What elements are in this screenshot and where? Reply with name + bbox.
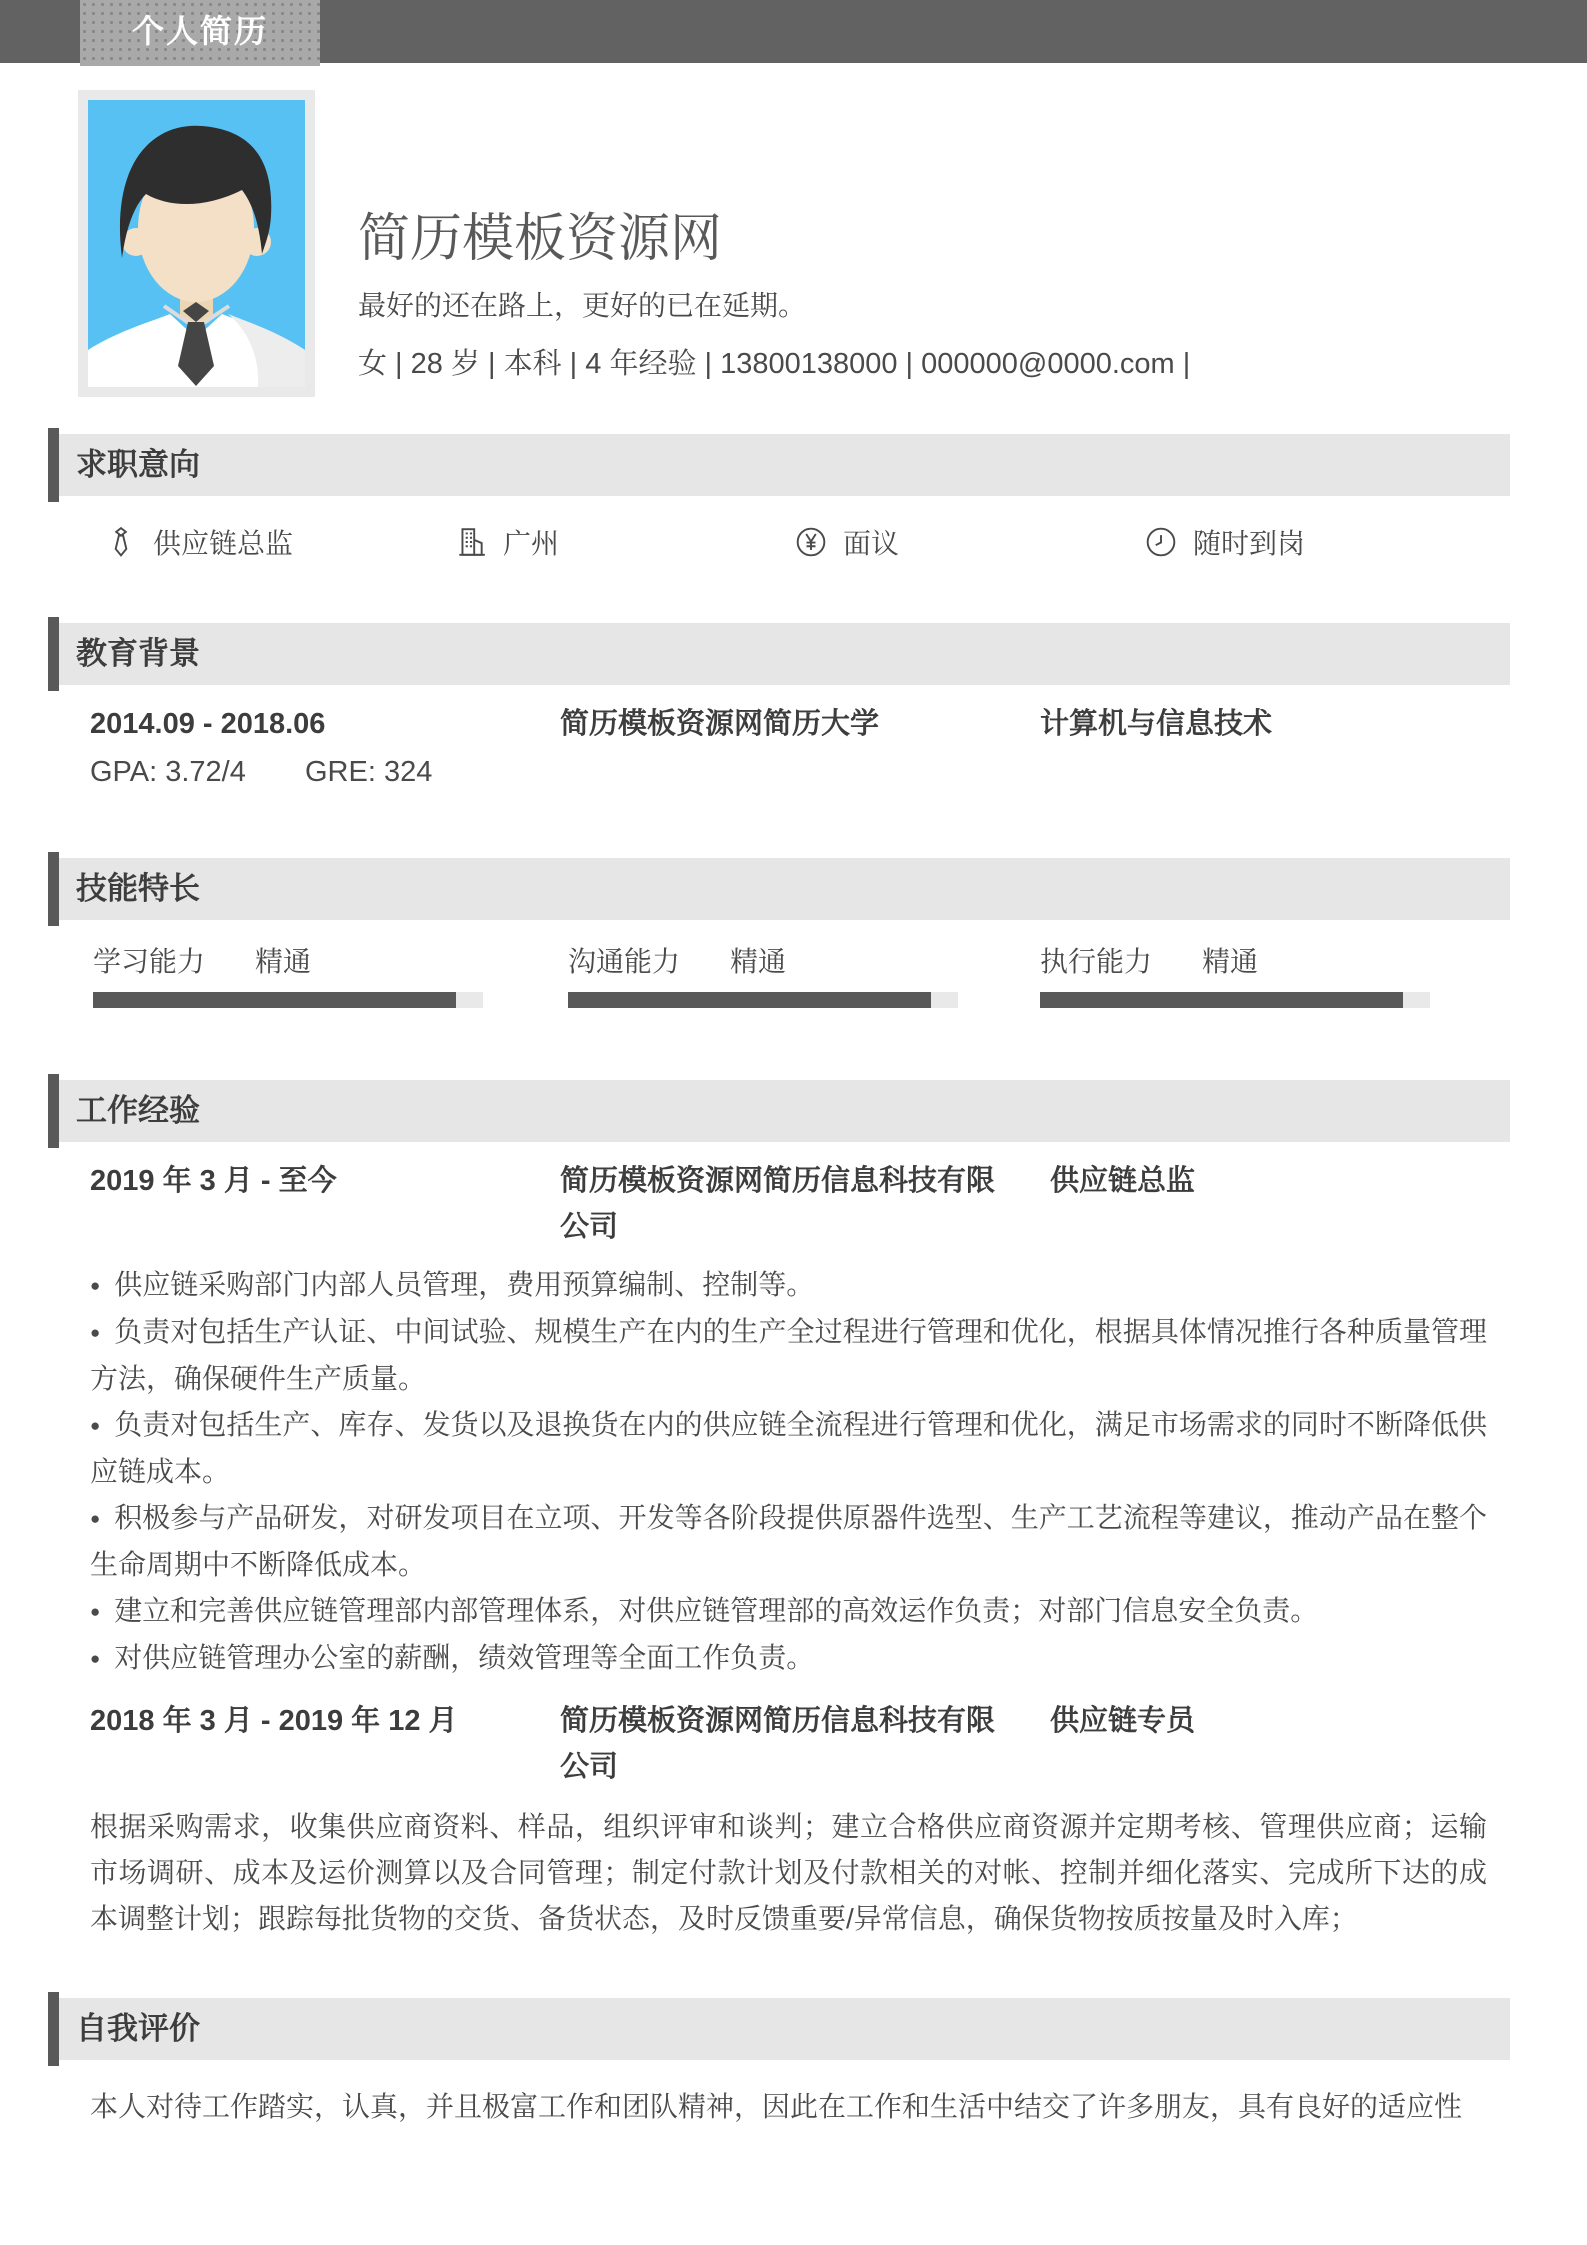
bullet-text: 供应链采购部门内部人员管理，费用预算编制、控制等。	[114, 1269, 814, 1300]
bullet-icon: ●	[90, 1649, 100, 1668]
job-heading: 2018 年 3 月 - 2019 年 12 月 简历模板资源网简历信息科技有限…	[0, 1698, 1587, 1794]
education-gre: GRE: 324	[305, 751, 432, 793]
intention-items: 供应链总监 广州 面议 随时到岗	[0, 496, 1587, 623]
section-header-experience: 工作经验	[48, 1080, 1510, 1142]
bullet-text: 负责对包括生产认证、中间试验、规模生产在内的生产全过程进行管理和优化，根据具体情…	[90, 1316, 1487, 1394]
bullet-icon: ●	[90, 1602, 100, 1621]
bullet-icon: ●	[90, 1276, 100, 1295]
skill-bar-track	[93, 992, 483, 1008]
skill-labels: 沟通能力 精通	[568, 940, 958, 992]
job-period: 2019 年 3 月 - 至今	[90, 1158, 337, 1204]
top-bar: 个人简历	[0, 0, 1587, 63]
skill-item: 学习能力 精通	[93, 940, 483, 1008]
list-item: ●负责对包括生产、库存、发货以及退换货在内的供应链全流程进行管理和优化，满足市场…	[90, 1402, 1487, 1495]
profile-header: 简历模板资源网 最好的还在路上，更好的已在延期。 女 | 28 岁 | 本科 |…	[0, 63, 1587, 434]
section-header-education: 教育背景	[48, 623, 1510, 685]
self-evaluation-body: 本人对待工作踏实，认真，并且极富工作和团队精神，因此在工作和生活中结交了许多朋友…	[0, 2060, 1587, 2130]
skill-name: 沟通能力	[568, 946, 680, 977]
section-accent-bar	[48, 1074, 59, 1148]
section-header-skills: 技能特长	[48, 858, 1510, 920]
skill-bar-track	[1040, 992, 1430, 1008]
section-accent-bar	[48, 852, 59, 926]
self-evaluation-text: 本人对待工作踏实，认真，并且极富工作和团队精神，因此在工作和生活中结交了许多朋友…	[90, 2084, 1487, 2130]
job-company: 简历模板资源网简历信息科技有限公司	[560, 1158, 1020, 1250]
bullet-icon: ●	[90, 1323, 100, 1342]
list-item: ●对供应链管理办公室的薪酬，绩效管理等全面工作负责。	[90, 1635, 1487, 1682]
bullet-icon: ●	[90, 1416, 100, 1435]
bullet-text: 积极参与产品研发，对研发项目在立项、开发等各阶段提供原器件选型、生产工艺流程等建…	[90, 1502, 1487, 1580]
avatar	[78, 90, 315, 397]
tie-icon	[105, 526, 137, 558]
bullet-text: 建立和完善供应链管理部内部管理体系，对供应链管理部的高效运作负责；对部门信息安全…	[114, 1595, 1318, 1626]
section-accent-bar	[48, 1992, 59, 2066]
intention-item-availability: 随时到岗	[1145, 522, 1305, 562]
skill-bar-fill	[1040, 992, 1403, 1008]
experience-body: 2019 年 3 月 - 至今 简历模板资源网简历信息科技有限公司 供应链总监 …	[0, 1158, 1587, 1998]
job-description: 根据采购需求，收集供应商资料、样品，组织评审和谈判；建立合格供应商资源并定期考核…	[90, 1804, 1487, 1942]
list-item: ●负责对包括生产认证、中间试验、规模生产在内的生产全过程进行管理和优化，根据具体…	[90, 1309, 1487, 1402]
skill-bar-fill	[568, 992, 931, 1008]
intention-item-city: 广州	[455, 522, 559, 562]
skill-labels: 学习能力 精通	[93, 940, 483, 992]
candidate-motto: 最好的还在路上，更好的已在延期。	[358, 289, 806, 323]
list-item: ●建立和完善供应链管理部内部管理体系，对供应链管理部的高效运作负责；对部门信息安…	[90, 1588, 1487, 1635]
skill-bar-track	[568, 992, 958, 1008]
skill-level: 精通	[255, 940, 311, 980]
job-heading: 2019 年 3 月 - 至今 简历模板资源网简历信息科技有限公司 供应链总监	[0, 1158, 1587, 1254]
intention-label: 供应链总监	[153, 522, 293, 562]
salary-icon	[795, 526, 827, 558]
job-bullet-list: ●供应链采购部门内部人员管理，费用预算编制、控制等。●负责对包括生产认证、中间试…	[90, 1262, 1487, 1682]
skill-name: 执行能力	[1040, 946, 1152, 977]
avatar-illustration	[88, 100, 305, 387]
skill-item: 沟通能力 精通	[568, 940, 958, 1008]
skill-level: 精通	[1202, 940, 1258, 980]
list-item: ●供应链采购部门内部人员管理，费用预算编制、控制等。	[90, 1262, 1487, 1309]
bullet-icon: ●	[90, 1509, 100, 1528]
skill-bar-fill	[93, 992, 456, 1008]
education-period: 2014.09 - 2018.06	[90, 703, 325, 745]
intention-label: 广州	[503, 522, 559, 562]
education-major: 计算机与信息技术	[1040, 703, 1272, 745]
skill-item: 执行能力 精通	[1040, 940, 1430, 1008]
section-title: 自我评价	[48, 1998, 1510, 2060]
section-title: 技能特长	[48, 858, 1510, 920]
job-role: 供应链专员	[1050, 1698, 1195, 1744]
skills-body: 学习能力 精通 沟通能力 精通 执行能力 精通	[0, 920, 1587, 1080]
intention-label: 面议	[843, 522, 899, 562]
job-period: 2018 年 3 月 - 2019 年 12 月	[90, 1698, 458, 1744]
clock-icon	[1145, 526, 1177, 558]
section-title: 教育背景	[48, 623, 1510, 685]
section-accent-bar	[48, 428, 59, 502]
skill-labels: 执行能力 精通	[1040, 940, 1430, 992]
education-body: 2014.09 - 2018.06 简历模板资源网简历大学 计算机与信息技术 G…	[0, 685, 1587, 858]
candidate-info-line: 女 | 28 岁 | 本科 | 4 年经验 | 13800138000 | 00…	[358, 343, 1190, 385]
building-icon	[455, 526, 487, 558]
list-item: ●积极参与产品研发，对研发项目在立项、开发等各阶段提供原器件选型、生产工艺流程等…	[90, 1495, 1487, 1588]
section-title: 求职意向	[48, 434, 1510, 496]
intention-item-salary: 面议	[795, 522, 899, 562]
skill-name: 学习能力	[93, 946, 205, 977]
bullet-text: 负责对包括生产、库存、发货以及退换货在内的供应链全流程进行管理和优化，满足市场需…	[90, 1409, 1487, 1487]
resume-tab-label: 个人简历	[80, 0, 320, 66]
section-header-intention: 求职意向	[48, 434, 1510, 496]
resume-page: 个人简历	[0, 0, 1587, 2245]
job-role: 供应链总监	[1050, 1158, 1195, 1204]
section-accent-bar	[48, 617, 59, 691]
bullet-text: 对供应链管理办公室的薪酬，绩效管理等全面工作负责。	[114, 1642, 814, 1673]
job-company: 简历模板资源网简历信息科技有限公司	[560, 1698, 1020, 1790]
education-school: 简历模板资源网简历大学	[560, 703, 879, 745]
education-gpa: GPA: 3.72/4	[90, 751, 246, 793]
intention-label: 随时到岗	[1193, 522, 1305, 562]
section-title: 工作经验	[48, 1080, 1510, 1142]
candidate-name: 简历模板资源网	[358, 211, 722, 267]
intention-item-position: 供应链总监	[105, 522, 293, 562]
skill-level: 精通	[730, 940, 786, 980]
section-header-self-evaluation: 自我评价	[48, 1998, 1510, 2060]
